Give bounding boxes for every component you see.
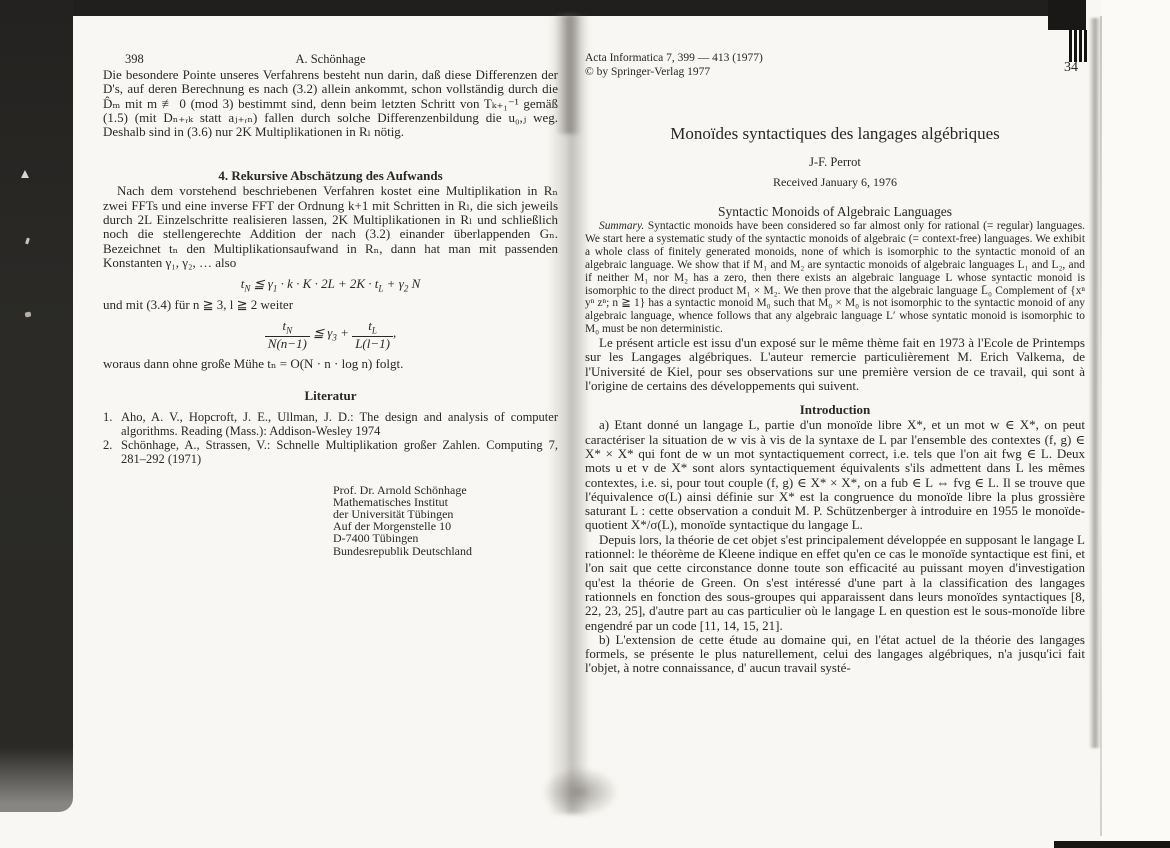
fraction-denominator: N(n−1) (265, 337, 310, 352)
paragraph-section: Nach dem vorstehend beschriebenen Verfah… (103, 184, 558, 270)
english-title: Syntactic Monoids of Algebraic Languages (585, 204, 1085, 220)
fraction: tLL(l−1) (352, 319, 393, 352)
introduction-heading: Introduction (585, 402, 1085, 418)
author-address-block: Prof. Dr. Arnold Schönhage Mathematische… (333, 484, 558, 557)
paragraph-depuis: Depuis lors, la théorie de cet objet s'e… (585, 533, 1085, 633)
section-heading: 4. Rekursive Abschätzung des Aufwands (103, 168, 558, 184)
journal-citation: Acta Informatica 7, 399 — 413 (1977) (585, 52, 1085, 66)
reference-number: 2. (103, 439, 118, 467)
reference-item: 2. Schönhage, A., Strassen, V.: Schnelle… (103, 439, 558, 467)
page-edge-line (1100, 16, 1102, 836)
reference-item: 1. Aho, A. V., Hopcroft, J. E., Ullman, … (103, 411, 558, 439)
reference-text: Schönhage, A., Strassen, V.: Schnelle Mu… (118, 439, 558, 467)
summary-label: Summary. (599, 220, 644, 232)
fraction: tNN(n−1) (265, 319, 310, 352)
address-line: Bundesrepublik Deutschland (333, 545, 558, 557)
paragraph-after-formula: woraus dann ohne große Mühe tₙ = O(N · n… (103, 357, 558, 371)
left-page: 398 A. Schönhage Die besondere Pointe un… (103, 52, 558, 557)
formula-multiplication-cost: tN ≦ γ1 · k · K · 2L + 2K · tL + γ2 N (103, 276, 558, 294)
scan-border-bottom-right (1054, 841, 1170, 848)
formula-term: N (408, 276, 420, 291)
formula-term: ≦ γ (250, 276, 273, 291)
scan-border-top-right (1048, 0, 1086, 30)
running-head: A. Schönhage (103, 52, 558, 67)
paragraph-intro: Die besondere Pointe unseres Verfahrens … (103, 68, 558, 139)
formula-term: ≦ γ (310, 325, 333, 340)
summary-text: Syntactic monoids have been considered s… (585, 220, 1085, 335)
reference-text: Aho, A. V., Hopcroft, J. E., Ullman, J. … (118, 411, 558, 439)
copyright-line: © by Springer-Verlag 1977 (585, 66, 1085, 80)
page-edge-area (1101, 0, 1170, 848)
formula-recursive-bound: tNN(n−1) ≦ γ3 + tLL(l−1), (103, 319, 558, 352)
formula-sub: N (286, 326, 292, 336)
paragraph-mid: und mit (3.4) für n ≧ 3, l ≧ 2 weiter (103, 298, 558, 312)
summary-paragraph: Summary. Syntactic monoids have been con… (585, 220, 1085, 336)
fraction-denominator: L(l−1) (352, 337, 393, 352)
address-line: Prof. Dr. Arnold Schönhage (333, 484, 558, 496)
literature-heading: Literatur (103, 388, 558, 404)
book-fold-shadow-top (556, 14, 582, 134)
formula-term: + (337, 325, 352, 340)
paragraph-a: a) Etant donné un langage L, partie d'un… (585, 418, 1085, 532)
right-page: Acta Informatica 7, 399 — 413 (1977) © b… (585, 52, 1085, 676)
received-date: Received January 6, 1976 (585, 175, 1085, 190)
formula-sub: L (372, 326, 377, 336)
scanned-book-spread: 34 398 A. Schönhage Die besondere Pointe… (0, 0, 1170, 848)
paragraph-present: Le présent article est issu d'un exposé … (585, 336, 1085, 393)
fraction-numerator: tN (265, 319, 310, 337)
left-page-header: 398 A. Schönhage (103, 52, 558, 68)
scan-border-top (0, 0, 1086, 16)
article-title: Monoïdes syntactiques des langages algéb… (585, 124, 1085, 144)
address-line: D-7400 Tübingen (333, 532, 558, 544)
fraction-numerator: tL (352, 319, 393, 337)
scan-smudge (540, 766, 620, 818)
scan-speck (21, 170, 29, 178)
paragraph-b: b) L'extension de cette étude au domaine… (585, 633, 1085, 676)
scan-border-left (0, 0, 73, 812)
formula-term: + γ (383, 276, 403, 291)
formula-term: , (393, 325, 396, 340)
formula-term: · k · K · 2L + 2K · t (277, 276, 378, 291)
article-author: J-F. Perrot (585, 155, 1085, 170)
reference-list: 1. Aho, A. V., Hopcroft, J. E., Ullman, … (103, 411, 558, 466)
reference-number: 1. (103, 411, 118, 439)
journal-header: Acta Informatica 7, 399 — 413 (1977) © b… (585, 52, 1085, 79)
